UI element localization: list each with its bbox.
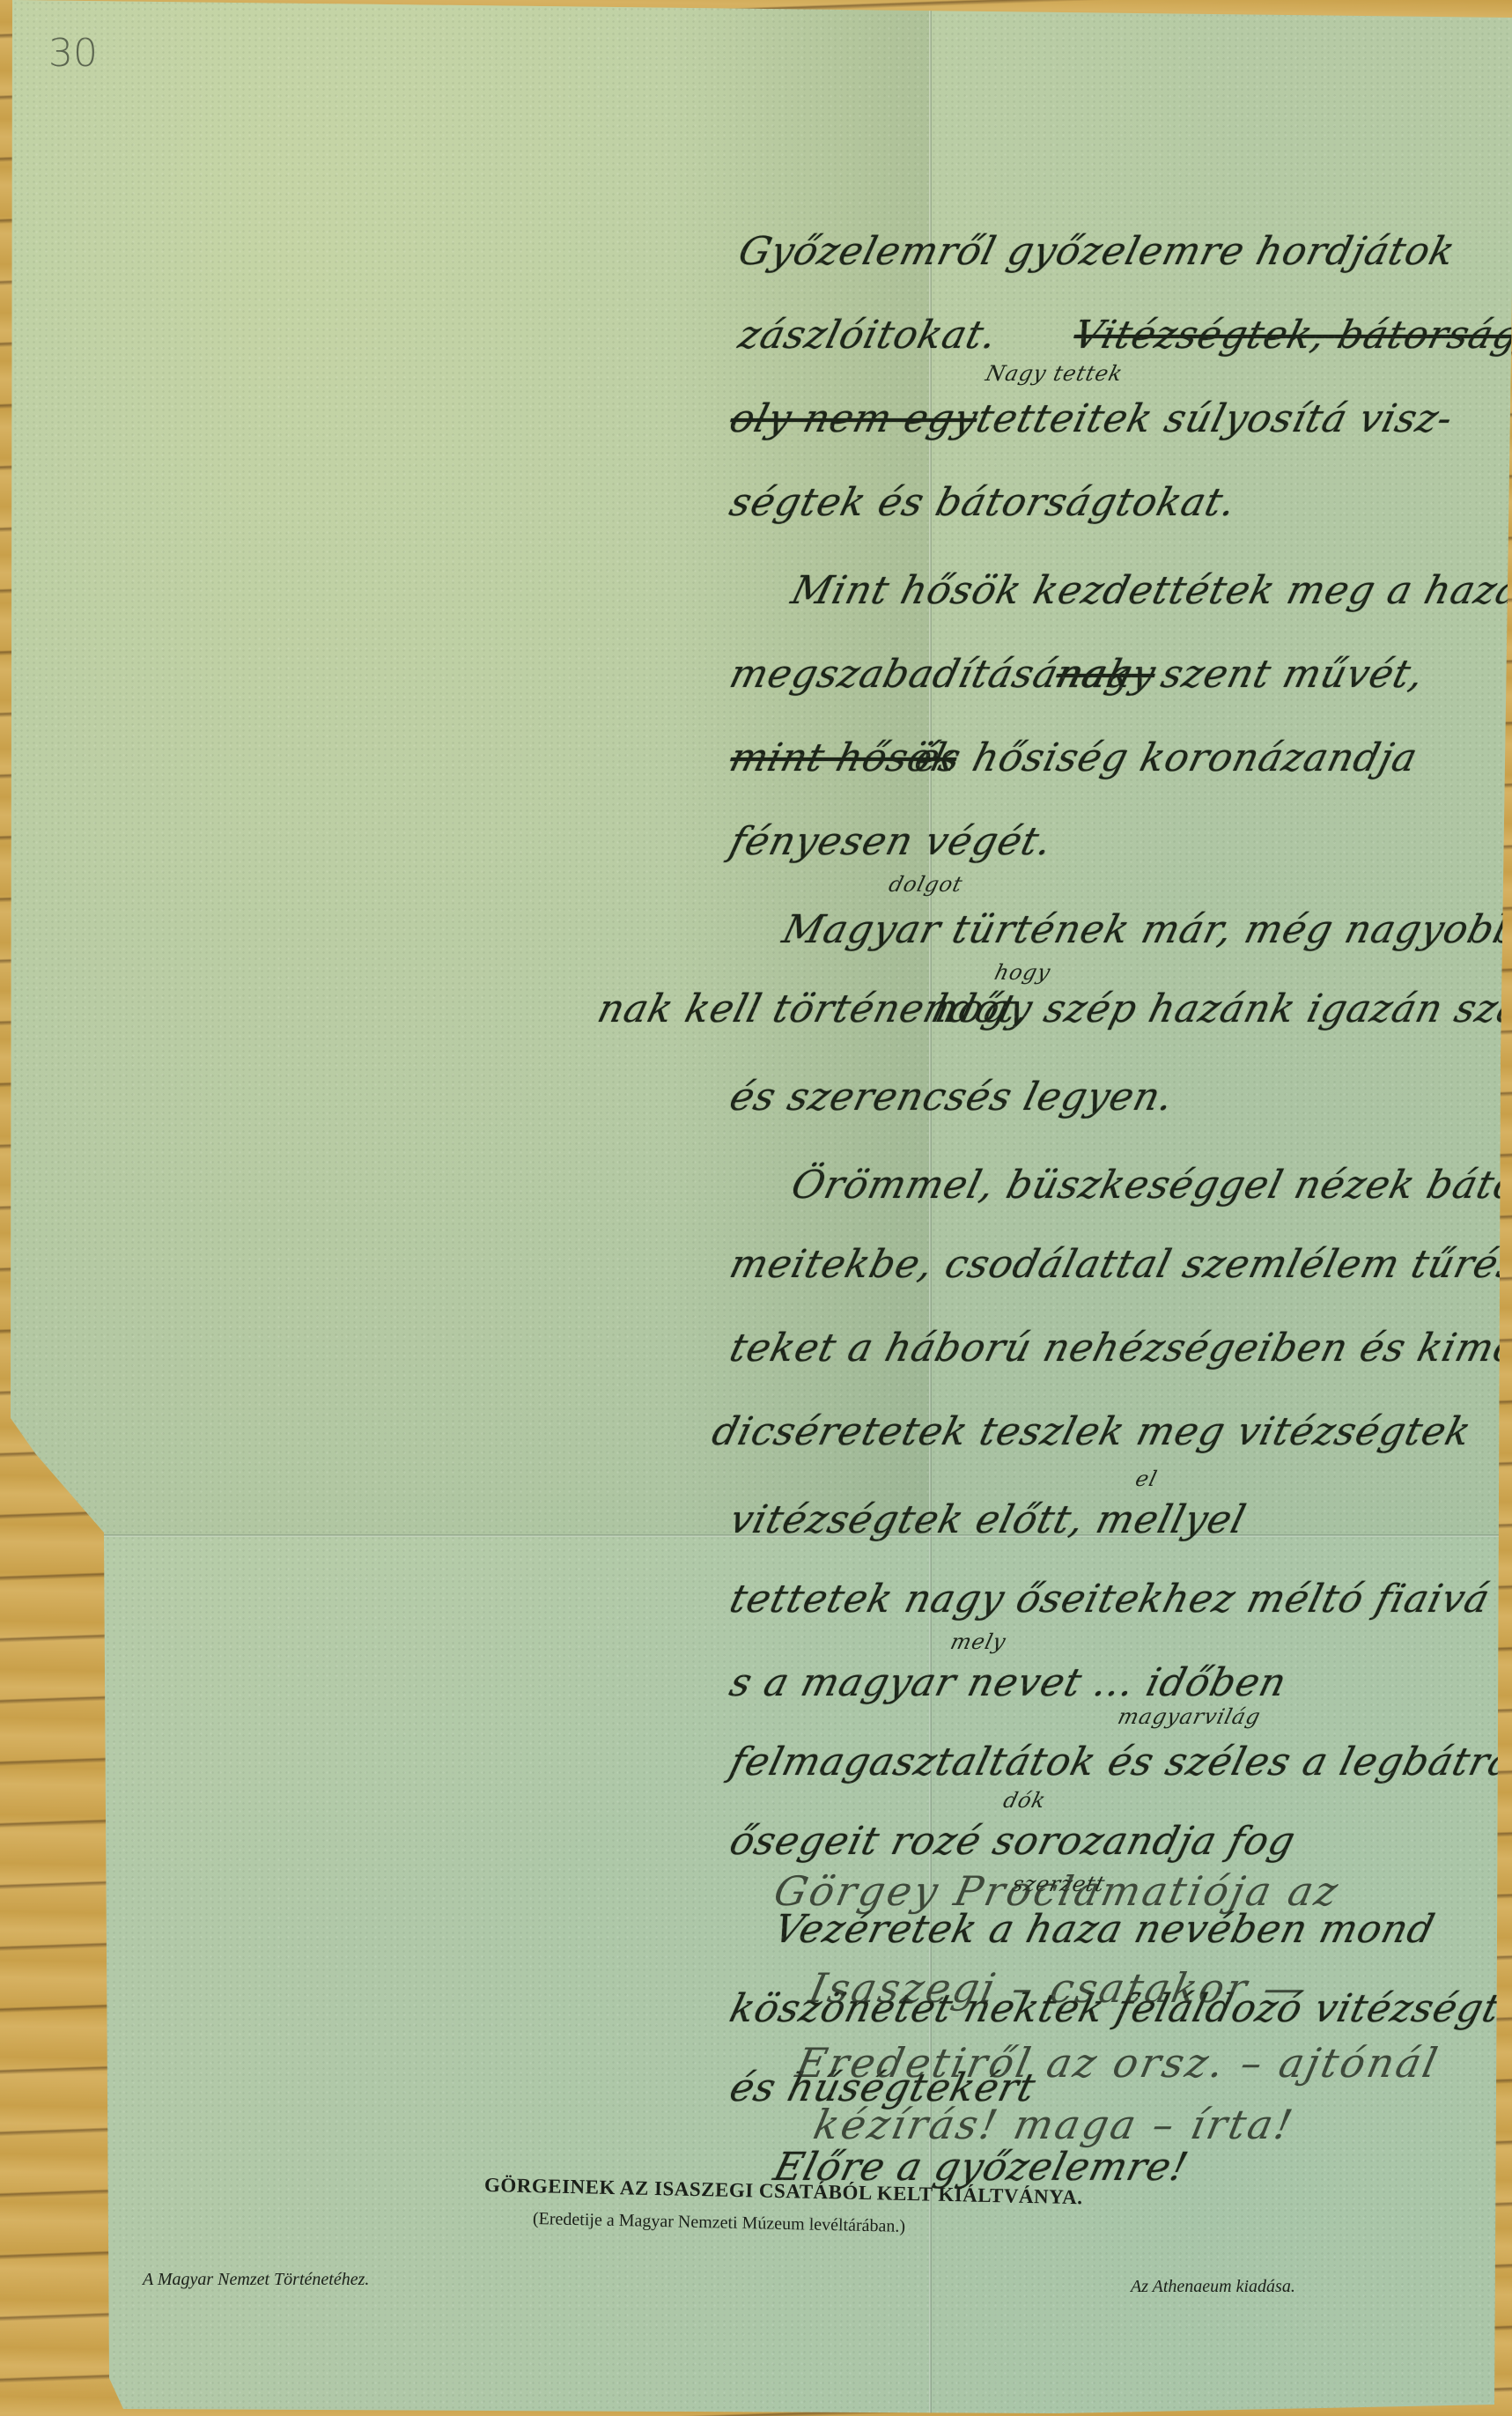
manuscript-line: hogy szép hazánk igazán szabad <box>928 986 1512 1031</box>
manuscript-line: Örömmel, büszkeséggel nézek bátorsze- <box>787 1163 1512 1208</box>
pencil-note-line: kézírás! maga – írta! <box>809 2101 1299 2148</box>
manuscript-line: Mint hősök kezdettétek meg a haza <box>787 568 1512 613</box>
manuscript-line: tetteitek súlyosítá visz- <box>972 396 1458 441</box>
manuscript-line: ősegeit rozé sorozandja fog <box>726 1819 1301 1864</box>
manuscript-line: fényesen végét. <box>726 819 1058 864</box>
manuscript-line: Győzelemről győzelemre hordjátok <box>734 229 1460 274</box>
pencil-note-line: Görgey Proclamatiója az <box>770 1867 1345 1915</box>
manuscript-line: s a magyar nevet ... időben <box>726 1660 1292 1705</box>
struck-through-text: nagy <box>1051 652 1161 697</box>
manuscript-line: szent művét, <box>1157 652 1429 697</box>
interlinear-insertion: dók <box>1001 1788 1049 1813</box>
manuscript-line: és hősiség koronázandja <box>911 735 1423 780</box>
manuscript-line: vitézségtek előtt, mellyel <box>726 1497 1251 1542</box>
manuscript-line: és szerencsés legyen. <box>726 1075 1179 1119</box>
manuscript-line: tettetek nagy őseitekhez méltó fiaivá <box>726 1577 1495 1622</box>
footer-series-title: A Magyar Nemzet Történetéhez. <box>143 2270 369 2290</box>
archive-page-number: 30 <box>48 31 98 76</box>
manuscript-line: teket a háború nehézségeiben és kimondha… <box>726 1326 1512 1371</box>
caption-subtitle: (Eredetije a Magyar Nemzeti Múzeum levél… <box>533 2209 906 2237</box>
pencil-note-line: Isaszegi – csatakor — <box>805 1964 1312 2012</box>
manuscript-line: Magyar türtének már, még nagyobb- <box>778 907 1512 952</box>
manuscript-line: zászlóitokat. <box>734 313 1002 358</box>
struck-through-text: oly nem egy <box>726 396 983 441</box>
pencil-note-line: Eredetiről az orsz. – ajtónál <box>792 2039 1443 2087</box>
manuscript-line: ségtek és bátorságtokat. <box>726 480 1242 525</box>
interlinear-insertion: mely <box>948 1629 1009 1654</box>
interlinear-insertion: Nagy tettek <box>984 361 1126 386</box>
manuscript-line: felmagasztaltátok és széles a legbátrabb <box>726 1740 1512 1784</box>
document-sheet: 30 Győzelemről győzelemre hordjátokzászl… <box>0 0 1512 2416</box>
manuscript-line: dicséretetek teszlek meg vitézségtek <box>708 1409 1477 1454</box>
footer-publisher: Az Athenaeum kiadása. <box>1131 2277 1295 2297</box>
struck-through-text: Vitézségtek, bátorság <box>1069 313 1512 358</box>
interlinear-insertion: dolgot <box>887 872 966 897</box>
interlinear-insertion: hogy <box>992 960 1054 985</box>
interlinear-insertion: magyarvilág <box>1116 1704 1264 1729</box>
manuscript-line: meitekbe, csodálattal szemlélem tűrésé- <box>726 1242 1512 1287</box>
